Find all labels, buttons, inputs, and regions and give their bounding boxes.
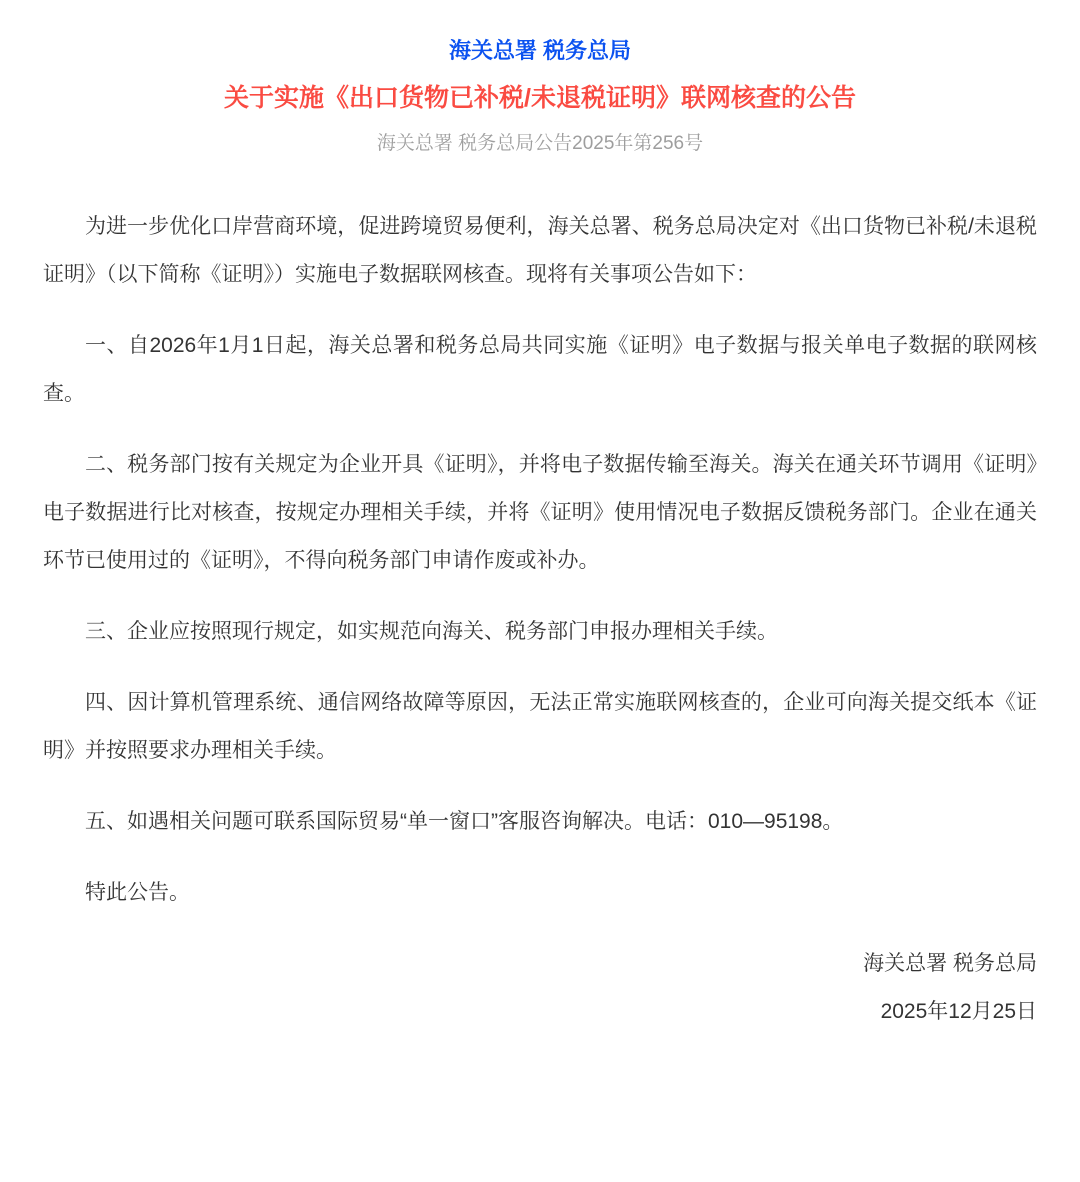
paragraph-item-5: 五、如遇相关问题可联系国际贸易“单一窗口”客服咨询解决。电话：010—95198… — [43, 798, 1037, 846]
paragraph-item-2: 二、税务部门按有关规定为企业开具《证明》，并将电子数据传输至海关。海关在通关环节… — [43, 441, 1037, 585]
paragraph-closing: 特此公告。 — [43, 869, 1037, 917]
paragraph-item-3: 三、企业应按照现行规定，如实规范向海关、税务部门申报办理相关手续。 — [43, 608, 1037, 656]
paragraph-item-1: 一、自2026年1月1日起，海关总署和税务总局共同实施《证明》电子数据与报关单电… — [43, 322, 1037, 418]
announcement-title: 关于实施《出口货物已补税/未退税证明》联网核查的公告 — [43, 82, 1037, 116]
paragraph-intro: 为进一步优化口岸营商环境，促进跨境贸易便利，海关总署、税务总局决定对《出口货物已… — [43, 203, 1037, 299]
signature-block: 海关总署 税务总局 2025年12月25日 — [43, 940, 1037, 1036]
announcement-page: 海关总署 税务总局 关于实施《出口货物已补税/未退税证明》联网核查的公告 海关总… — [0, 0, 1080, 1182]
agency-title: 海关总署 税务总局 — [43, 36, 1037, 66]
signature: 海关总署 税务总局 — [43, 940, 1037, 988]
paragraph-item-4: 四、因计算机管理系统、通信网络故障等原因，无法正常实施联网核查的，企业可向海关提… — [43, 679, 1037, 775]
doc-number: 海关总署 税务总局公告2025年第256号 — [43, 131, 1037, 157]
sign-date: 2025年12月25日 — [43, 988, 1037, 1036]
document-body: 为进一步优化口岸营商环境，促进跨境贸易便利，海关总署、税务总局决定对《出口货物已… — [43, 203, 1037, 917]
